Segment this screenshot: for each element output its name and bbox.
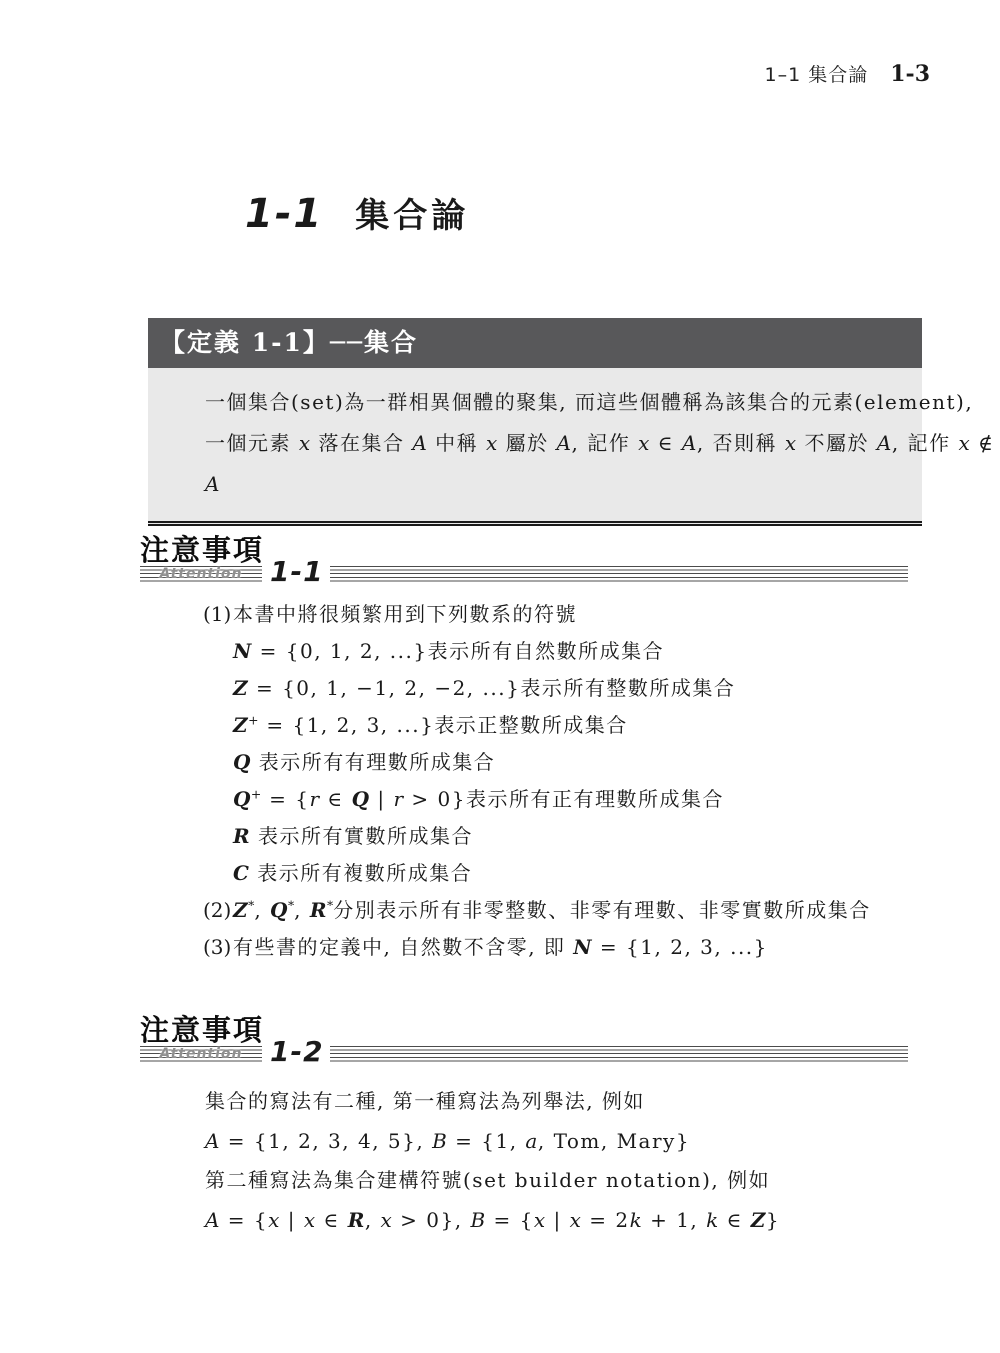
text-segment: ,	[294, 898, 310, 922]
note-line: Q+ = {r ∈ Q | r > 0}表示所有正有理數所成集合	[203, 781, 923, 818]
text-segment: = {	[261, 787, 309, 811]
text-segment: R	[233, 824, 250, 848]
textbook-page: 1–1 集合論 1-3 1-1 集合論 【定義 1-1】──集合 一個集合(se…	[0, 0, 1000, 1353]
text-segment: = 2	[581, 1208, 629, 1232]
text-segment: }	[766, 1208, 780, 1232]
text-segment: = {1, 2, 3, ...}	[259, 713, 435, 737]
note-line: R 表示所有實數所成集合	[203, 818, 923, 855]
section-title-text: 集合論	[355, 188, 469, 237]
definition-box-body: 一個集合(set)為一群相異個體的聚集, 而這些個體稱為該集合的元素(eleme…	[148, 368, 922, 526]
text-segment: = {	[220, 1208, 268, 1232]
text-segment: B	[432, 1129, 447, 1153]
note-line: N = {0, 1, 2, ...}表示所有自然數所成集合	[203, 633, 923, 670]
text-segment: 中稱	[427, 431, 486, 455]
text-segment: |	[546, 1208, 570, 1232]
note-marker: (2)	[203, 892, 233, 929]
attention-sublabel: Attention	[160, 566, 243, 582]
note-line: A = {x | x ∈ R, x > 0}, B = {x | x = 2k …	[205, 1201, 925, 1241]
attention-label: 注意事項	[140, 535, 264, 565]
text-segment: 不屬於	[797, 431, 877, 455]
note-line: 第二種寫法為集合建構符號(set builder notation), 例如	[205, 1161, 925, 1201]
attention-2-content: 集合的寫法有二種, 第一種寫法為列舉法, 例如A = {1, 2, 3, 4, …	[205, 1082, 925, 1240]
text-segment: ,	[254, 898, 270, 922]
attention-number: 1-2	[270, 1035, 324, 1068]
text-segment: = {	[486, 1208, 534, 1232]
note-marker: (1)	[203, 596, 233, 633]
text-segment: r	[310, 787, 320, 811]
text-segment: 屬於	[498, 431, 557, 455]
text-segment: A	[412, 431, 427, 455]
text-segment: 表示所有實數所成集合	[250, 824, 473, 848]
definition-box-header: 【定義 1-1】──集合	[148, 318, 922, 368]
text-segment: 一個元素	[205, 431, 299, 455]
text-segment: 落在集合	[311, 431, 413, 455]
text-segment: 第二種寫法為集合建構符號(set builder notation), 例如	[205, 1168, 770, 1192]
text-segment: = {0, 1, 2, ...}	[252, 639, 428, 663]
text-segment: R	[310, 898, 327, 922]
text-segment: 集合的寫法有二種, 第一種寫法為列舉法, 例如	[205, 1089, 645, 1113]
note-line: (2)Z*, Q*, R*分別表示所有非零整數、非零有理數、非零實數所成集合	[203, 892, 923, 929]
text-segment: x	[304, 1208, 316, 1232]
text-segment: 一個集合(set)為一群相異個體的聚集, 而這些個體稱為該集合的元素(eleme…	[205, 390, 973, 414]
note-line: 集合的寫法有二種, 第一種寫法為列舉法, 例如	[205, 1082, 925, 1122]
running-header-page-number: 1-3	[890, 61, 930, 87]
text-segment: , 記作	[571, 431, 638, 455]
attention-banner-2: 注意事項 Attention 1-2	[140, 1015, 908, 1071]
text-segment: ∉	[970, 431, 994, 455]
note-marker: (3)	[203, 929, 233, 966]
section-title: 1-1 集合論	[245, 188, 469, 237]
text-segment: Q	[270, 898, 288, 922]
text-segment: 表示所有正有理數所成集合	[466, 787, 724, 811]
text-segment: R	[348, 1208, 365, 1232]
text-segment: , 否則稱	[697, 431, 785, 455]
text-segment: N	[573, 935, 592, 959]
text-segment: A	[205, 1129, 220, 1153]
text-segment: x	[534, 1208, 546, 1232]
note-line: (3)有些書的定義中, 自然數不含零, 即 N = {1, 2, 3, ...}	[203, 929, 923, 966]
text-segment: a	[525, 1129, 537, 1153]
definition-box: 【定義 1-1】──集合 一個集合(set)為一群相異個體的聚集, 而這些個體稱…	[148, 318, 922, 526]
note-line: C 表示所有複數所成集合	[203, 855, 923, 892]
attention-label: 注意事項	[140, 1015, 264, 1045]
text-segment: Z	[751, 1208, 766, 1232]
text-segment: ,	[365, 1208, 381, 1232]
text-segment: Q	[233, 787, 251, 811]
running-header-section: 1–1 集合論	[765, 60, 869, 87]
text-segment: = {1, 2, 3, ...}	[592, 935, 768, 959]
text-segment: A	[557, 431, 572, 455]
text-segment: x	[486, 431, 498, 455]
text-segment: N	[233, 639, 252, 663]
text-segment: 表示所有有理數所成集合	[251, 750, 495, 774]
text-segment: = {0, 1, −1, 2, −2, ...}	[248, 676, 520, 700]
running-header: 1–1 集合論 1-3	[765, 60, 930, 87]
ruled-lines	[330, 566, 908, 583]
text-segment: |	[370, 787, 394, 811]
text-segment: 有些書的定義中, 自然數不含零, 即	[233, 935, 573, 959]
text-segment: x	[958, 431, 970, 455]
text-segment: B	[470, 1208, 485, 1232]
text-segment: 分別表示所有非零整數、非零有理數、非零實數所成集合	[333, 898, 871, 922]
text-segment: x	[381, 1208, 393, 1232]
note-line: A	[205, 464, 918, 505]
text-segment: ∈	[650, 431, 682, 455]
text-segment: ∈	[316, 1208, 348, 1232]
text-segment: A	[205, 472, 220, 496]
note-line: Z+ = {1, 2, 3, ...}表示正整數所成集合	[203, 707, 923, 744]
text-segment: > 0}	[404, 787, 466, 811]
ruled-lines	[330, 1046, 908, 1063]
text-segment: r	[393, 787, 403, 811]
note-line: A = {1, 2, 3, 4, 5}, B = {1, a, Tom, Mar…	[205, 1122, 925, 1162]
text-segment: x	[268, 1208, 280, 1232]
text-segment: 表示所有整數所成集合	[520, 676, 735, 700]
text-segment: , 記作	[892, 431, 959, 455]
attention-sublabel-band: Attention	[140, 1046, 262, 1062]
attention-banner-1: 注意事項 Attention 1-1	[140, 535, 908, 591]
text-segment: = {1,	[447, 1129, 525, 1153]
text-segment: ∈	[719, 1208, 751, 1232]
text-segment: Q	[352, 787, 370, 811]
section-title-number: 1-1	[245, 191, 323, 237]
text-segment: ∈	[320, 787, 352, 811]
text-segment: Z	[233, 898, 248, 922]
note-line: Q 表示所有有理數所成集合	[203, 744, 923, 781]
text-segment: > 0},	[392, 1208, 470, 1232]
note-line: (1)本書中將很頻繁用到下列數系的符號	[203, 596, 923, 633]
text-segment: A	[877, 431, 892, 455]
note-line: Z = {0, 1, −1, 2, −2, ...}表示所有整數所成集合	[203, 670, 923, 707]
attention-sublabel: Attention	[160, 1046, 243, 1062]
text-segment: 表示所有自然數所成集合	[428, 639, 665, 663]
text-segment: C	[233, 861, 249, 885]
text-segment: A	[682, 431, 697, 455]
text-segment: x	[570, 1208, 582, 1232]
note-line: 一個元素 x 落在集合 A 中稱 x 屬於 A, 記作 x ∈ A, 否則稱 x…	[205, 423, 918, 464]
text-segment: k	[706, 1208, 719, 1232]
attention-1-content: (1)本書中將很頻繁用到下列數系的符號N = {0, 1, 2, ...}表示所…	[203, 596, 923, 966]
note-line: 一個集合(set)為一群相異個體的聚集, 而這些個體稱為該集合的元素(eleme…	[205, 382, 918, 423]
attention-sublabel-band: Attention	[140, 566, 262, 582]
text-segment: 表示所有複數所成集合	[249, 861, 472, 885]
text-segment: x	[638, 431, 650, 455]
text-segment: Z	[233, 676, 248, 700]
text-segment: x	[299, 431, 311, 455]
text-segment: +	[251, 786, 261, 801]
text-segment: +	[248, 712, 258, 727]
text-segment: 本書中將很頻繁用到下列數系的符號	[233, 602, 577, 626]
text-segment: Z	[233, 713, 248, 737]
attention-number: 1-1	[270, 555, 324, 588]
text-segment: 表示正整數所成集合	[434, 713, 628, 737]
text-segment: , Tom, Mary}	[538, 1129, 690, 1153]
text-segment: |	[280, 1208, 304, 1232]
text-segment: = {1, 2, 3, 4, 5},	[220, 1129, 432, 1153]
text-segment: + 1,	[642, 1208, 706, 1232]
text-segment: x	[785, 431, 797, 455]
text-segment: k	[630, 1208, 643, 1232]
text-segment: Q	[233, 750, 251, 774]
text-segment: A	[205, 1208, 220, 1232]
